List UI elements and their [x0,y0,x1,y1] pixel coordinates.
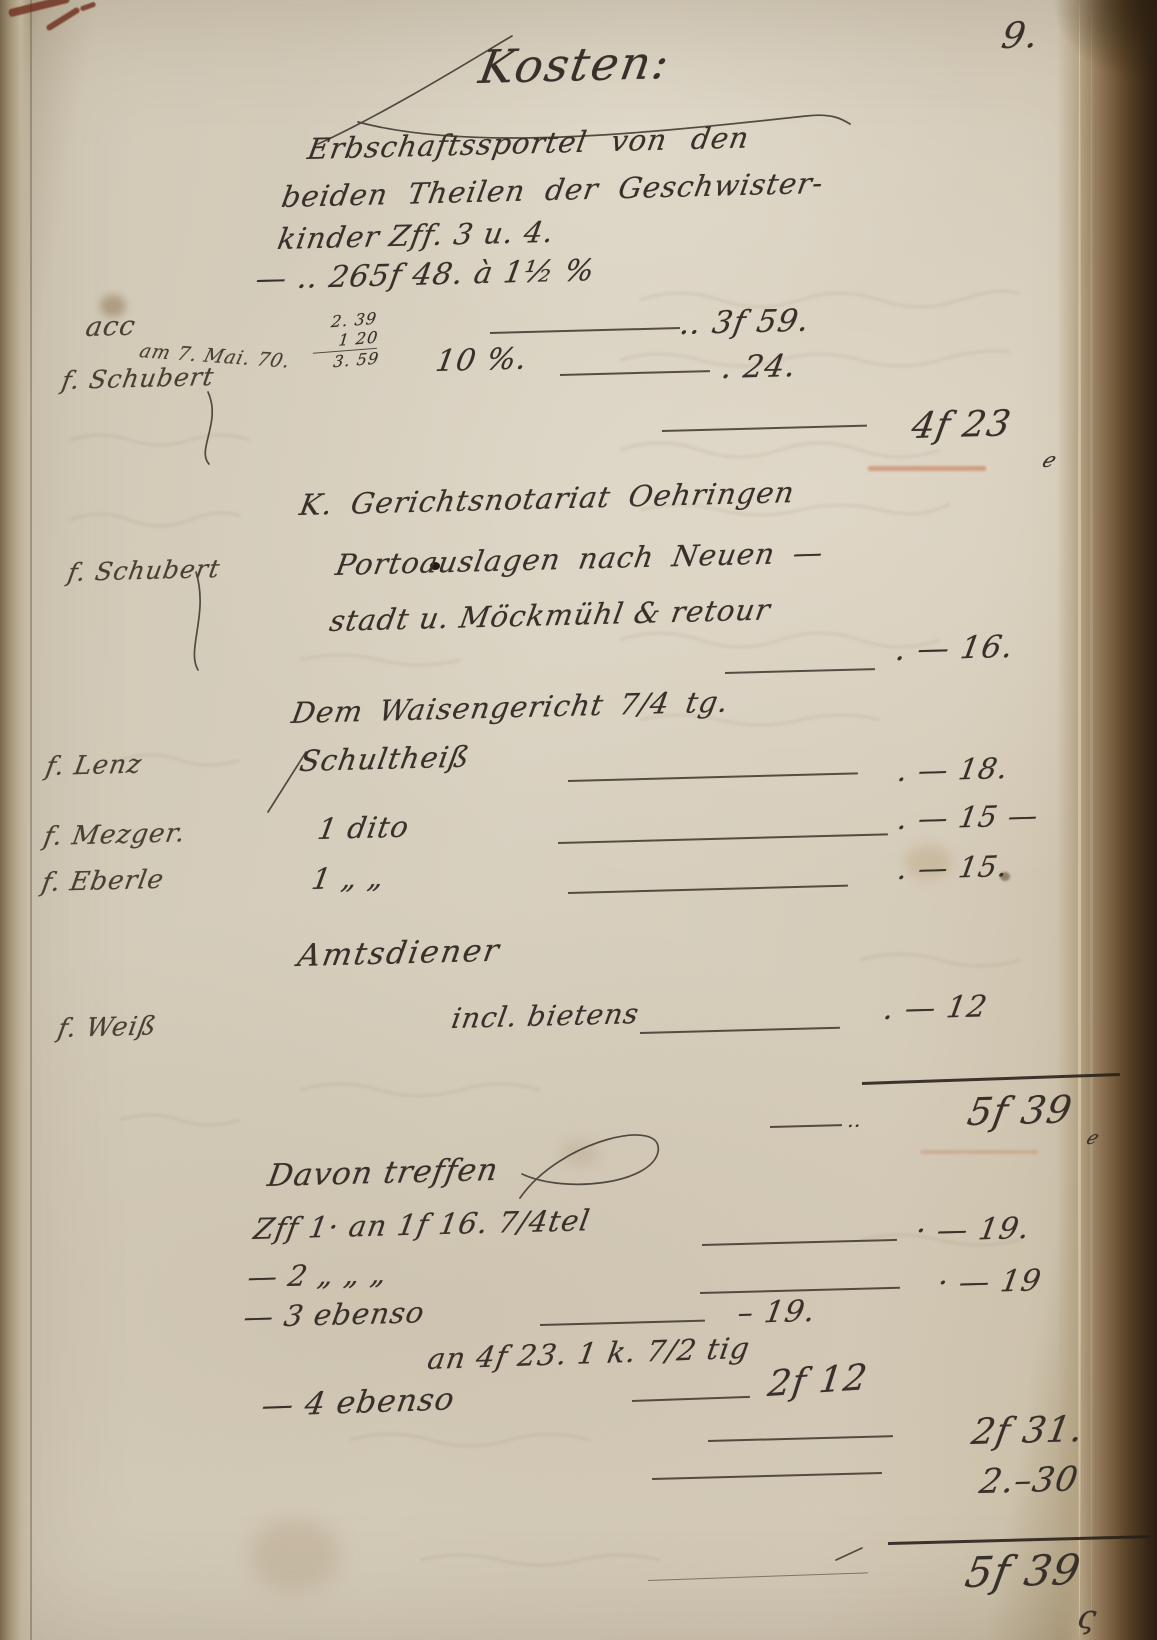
margin-name-eberle: f. Eberle [39,865,166,898]
entry2-line3: stadt u. Möckmühl & retour [327,593,773,638]
entry5-row2-label: — 2 „ „ „ [245,1256,390,1294]
entry5-row3-label: — 3 ebenso [241,1295,427,1334]
margin-signature-schubert: f. Schubert [60,362,217,395]
entry1-heading-line3: kinder Zff. 3 u. 4. [275,215,557,256]
entry1-amount2: . 24. [719,348,799,386]
entry3-row1-desc: Schultheiß [297,740,472,778]
entry1-side-calculation: 2. 39 1 20 3. 59 [312,310,379,372]
rule-line [652,1472,882,1480]
entry1-percent-line: 10 %. [433,342,530,379]
rule-line [540,1320,705,1326]
paper-stain [250,1520,340,1590]
margin-name-lenz: f. Lenz [43,750,144,782]
rule-line [662,425,867,432]
rule-line [708,1435,893,1442]
book-gutter-left-edge [0,0,30,1640]
subtotal-amount: 5f 39 [964,1087,1076,1134]
entry5-row4-amount: 2f 12 [765,1357,870,1405]
entry2-line1: K. Gerichtsnotariat Oehringen [297,475,797,522]
rule-line [490,327,680,334]
rule-line [558,833,888,844]
edge-ink-mark [45,6,80,31]
underpage-edge-streak [1090,0,1093,1640]
rule-line [632,1396,750,1402]
rule-line [702,1239,897,1246]
red-pencil-mark [920,1150,1038,1154]
entry2-line2: Portoauslagen nach Neuen — [333,535,826,582]
rule-line [770,1124,842,1128]
subtotal-mark: ‥ [846,1108,864,1132]
entry5-side-amount: 2f 31. [969,1409,1087,1453]
grand-total-amount: 5f 39 [962,1545,1085,1597]
entry1-total-flourish: ℯ [1040,448,1057,472]
entry5-row5-amount: 2.–30 [977,1459,1082,1502]
rule-line [648,1572,868,1581]
margin-note-acc: acc [83,311,138,343]
entry5-row4-label: an 4f 23. 1 k. 7/2 tig [425,1331,752,1376]
entry5-row1-label: Zff 1· an 1f 16. 7/4tel [251,1203,593,1246]
entry1-amount1: ‥ 3f 59. [677,303,813,342]
entry4-heading: Amtsdiener [295,933,503,974]
ledger-title: Kosten: [475,35,674,94]
entry3-row2-desc: 1 dito [315,810,412,846]
calc-line-3: 3. 59 [314,349,380,373]
margin-signature-schubert: f. Schubert [66,554,223,587]
entry5-row1-amount: · — 19. [913,1211,1033,1249]
entry4-amount: . — 12 [881,989,990,1027]
entry4-desc: incl. bietens [449,997,642,1035]
page-number: 9. [999,15,1042,57]
entry3-heading: Dem Waisengericht 7/4 tg. [289,685,731,730]
entry1-heading-line2: beiden Theilen der Geschwister- [279,166,826,214]
rule-line [568,772,858,782]
left-page-edge-line [30,0,32,1640]
paper-stain [560,1140,600,1166]
margin-name-mezger: f. Mezger. [41,818,188,852]
margin-name-weiss: f. Weiß [55,1011,158,1044]
rule-line [725,668,875,674]
entry1-total: 4f 23 [909,403,1015,447]
entry1-rate-line: — ‥ 265f 48. à 1½ % [253,253,597,297]
entry2-amount: . — 16. [893,629,1016,668]
entry1-heading-line1: Erbschaftssportel von den [305,121,752,166]
rule-line [568,885,848,894]
rule-line [700,1287,900,1294]
entry3-row3-amount: . — 15. [895,849,1011,886]
entry3-row1-amount: . — 18. [895,751,1011,788]
red-pencil-mark [868,466,986,471]
entry5-row3-amount: – 19. [735,1294,819,1331]
entry5-row5-label: — 4 ebenso [259,1381,457,1424]
entry5-row2-amount: · — 19 [935,1263,1044,1301]
book-binding-right-shadow [1057,0,1157,1640]
manuscript-page-photo: 9. Kosten: Erbschaftssportel von den bei… [0,0,1157,1640]
underpage-edge-streak [1078,0,1081,1640]
rule-line [640,1027,840,1034]
rule-line [560,370,710,376]
entry5-heading: Davon treffen [265,1152,501,1194]
edge-ink-mark [80,1,97,11]
entry3-row3-desc: 1 „ „ [309,860,387,896]
entry3-row2-amount: . — 15 — [895,798,1041,836]
